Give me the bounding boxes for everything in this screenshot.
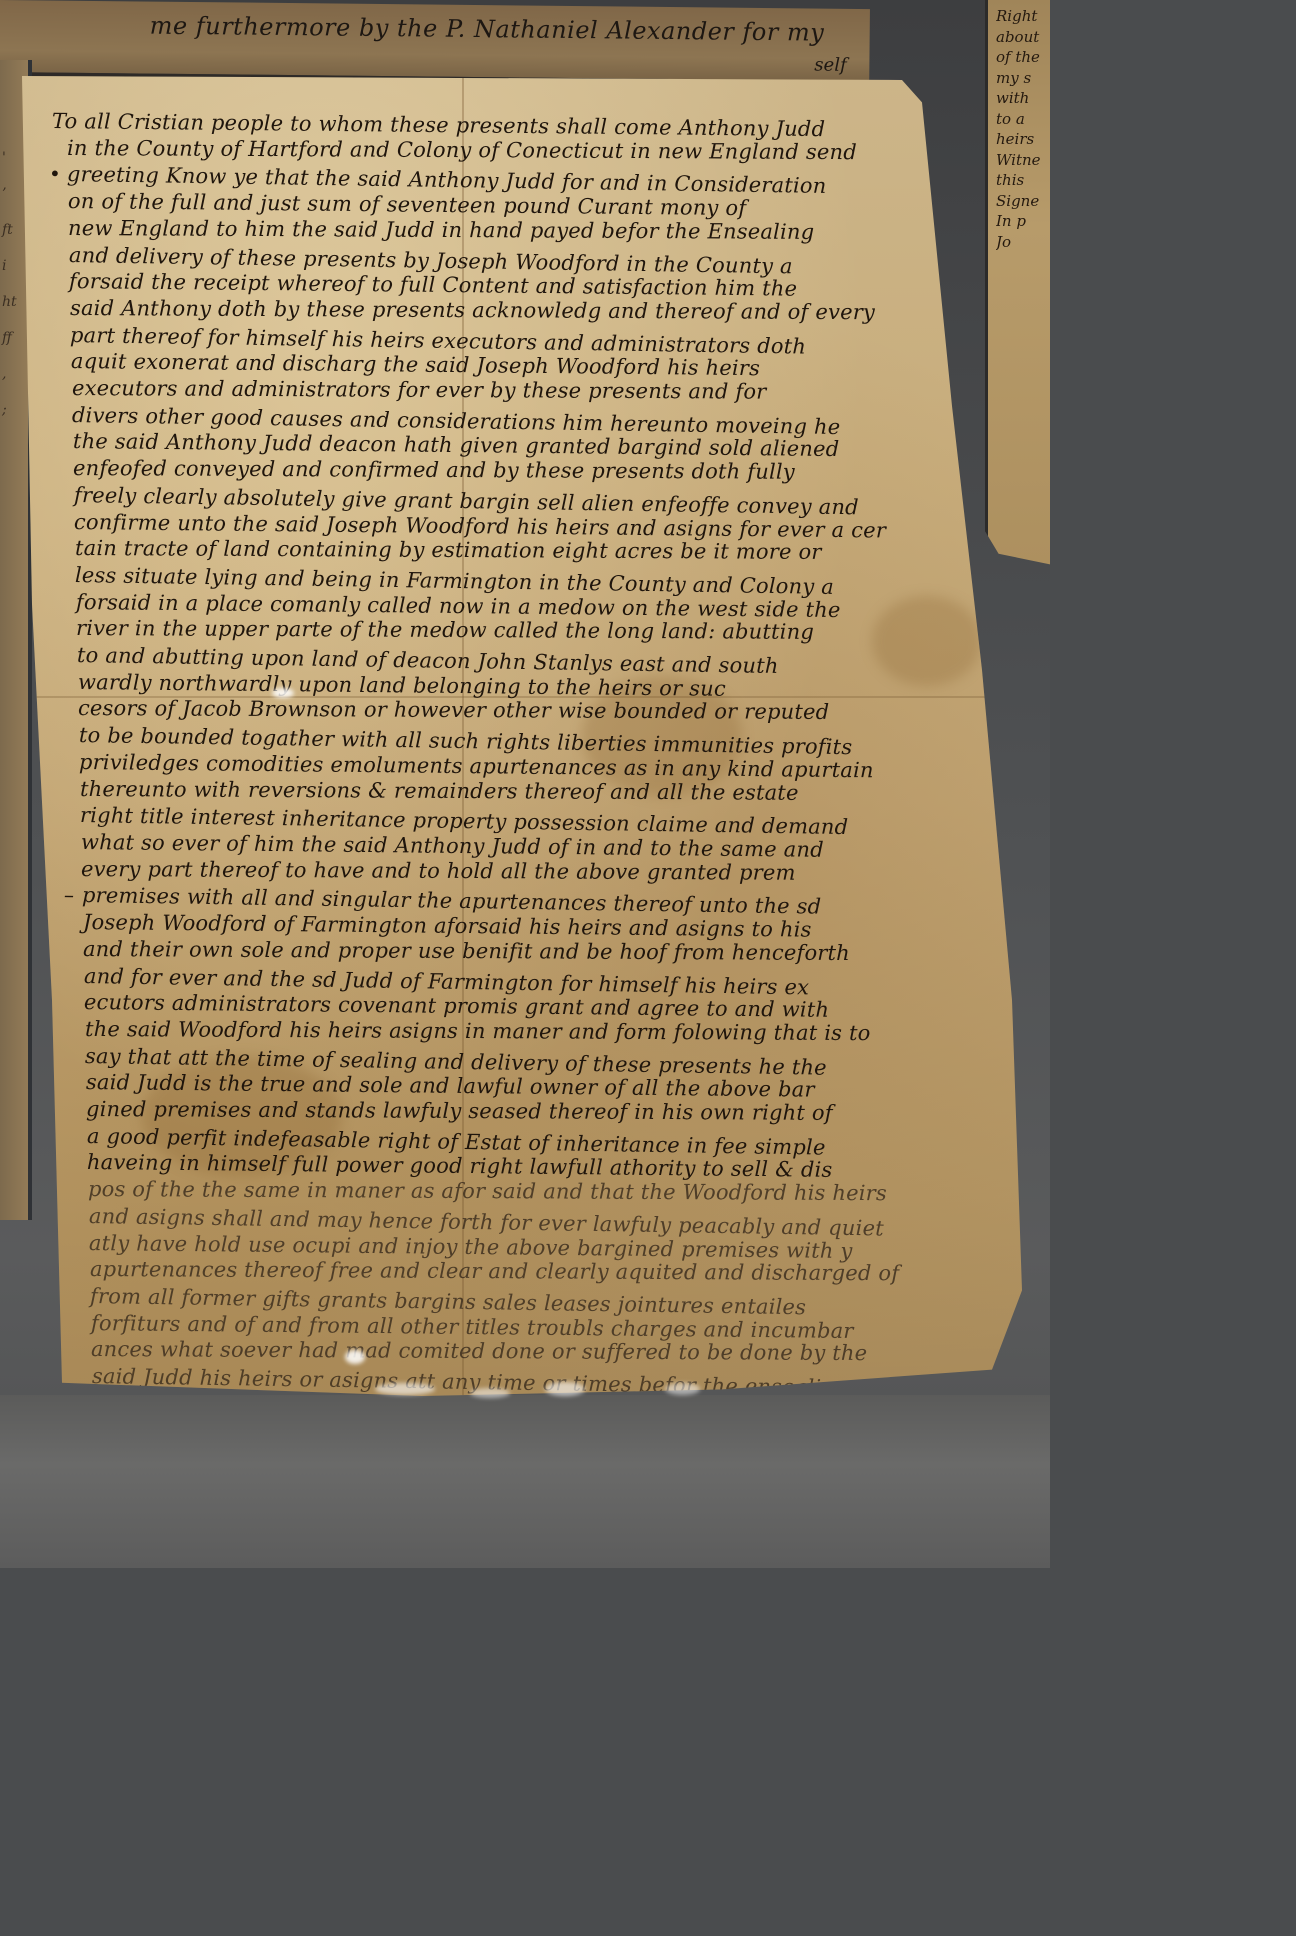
deed-text-line: tain tracte of land containing by estima… <box>75 535 1012 567</box>
deed-text-line: in the County of Hartford and Colony of … <box>67 135 1012 167</box>
deed-text-line: cesors of Jacob Brownson or however othe… <box>78 695 1012 727</box>
right-document-line: about <box>996 27 1050 48</box>
deed-text-line: thereunto with reversions & remainders t… <box>80 776 1012 808</box>
deed-text-line: enfeofed conveyed and confirmed and by t… <box>73 455 1012 487</box>
deed-text-line: new England to him the said Judd in hand… <box>68 215 1012 247</box>
deed-text-line: said Anthony doth by these presents ackn… <box>70 295 1012 327</box>
right-document-line: In p <box>996 211 1050 232</box>
deed-text-line: the said Woodford his heirs asigns in ma… <box>85 1016 1012 1048</box>
right-document-line: with <box>996 88 1050 109</box>
right-document-lines: Rightaboutof themy swithto aheirsWitneth… <box>996 6 1050 252</box>
right-document-line: Witne <box>996 150 1050 171</box>
land-deed-document: To all Cristian people to whom these pre… <box>22 76 1022 1396</box>
glass-glare <box>375 1383 435 1395</box>
deed-text-body: To all Cristian people to whom these pre… <box>52 108 1012 1470</box>
right-document-line: my s <box>996 68 1050 89</box>
deed-text-line: and their own sole and proper use benifi… <box>83 936 1012 968</box>
right-document-line: heirs <box>996 129 1050 150</box>
display-case-ledge <box>0 1395 1050 1568</box>
right-document-line: Signe <box>996 191 1050 212</box>
deed-text-line: river in the upper parte of the medow ca… <box>76 615 1012 647</box>
right-document-line: this <box>996 170 1050 191</box>
deed-text-line: every part thereof to have and to hold a… <box>81 856 1012 888</box>
glass-glare <box>665 1383 700 1395</box>
top-document-line: me furthermore by the P. Nathaniel Alexa… <box>150 12 825 47</box>
right-document-line: Jo <box>996 232 1050 253</box>
glass-glare <box>470 1388 510 1398</box>
deed-text-line: ances what soever had mad comited done o… <box>91 1336 1012 1368</box>
right-document-line: Right <box>996 6 1050 27</box>
right-document-line: to a <box>996 109 1050 130</box>
glass-glare <box>345 1350 365 1364</box>
glass-glare <box>272 688 294 698</box>
top-document-continuation: self <box>814 55 847 76</box>
left-document-marks: ' ’ ft i ht ff , ; <box>2 140 24 428</box>
right-document-fragment: Rightaboutof themy swithto aheirsWitneth… <box>985 0 1050 565</box>
deed-text-line: gined premises and stands lawfuly seased… <box>86 1096 1012 1128</box>
deed-text-line: apurtenances thereof free and clear and … <box>90 1256 1012 1288</box>
right-document-line: of the <box>996 47 1050 68</box>
deed-text-line: pos of the the same in maner as afor sai… <box>88 1176 1012 1208</box>
deed-text-line: executors and administrators for ever by… <box>72 375 1012 407</box>
margin-mark: • <box>49 161 61 188</box>
glass-glare <box>545 1382 585 1396</box>
top-document-fragment: me furthermore by the P. Nathaniel Alexa… <box>0 0 870 85</box>
margin-mark: – <box>64 882 75 909</box>
